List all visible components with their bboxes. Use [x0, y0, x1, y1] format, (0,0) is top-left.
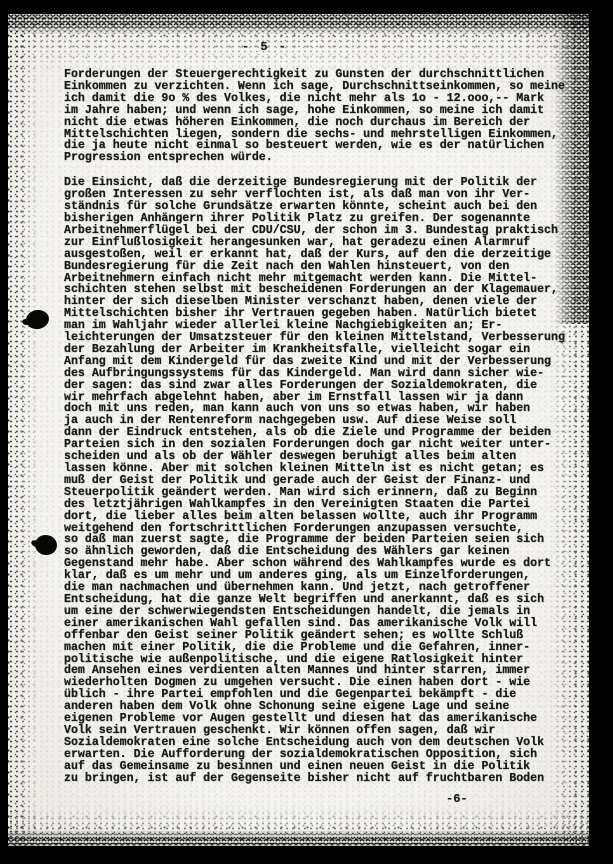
- scan-noise-bottom-band: [8, 806, 589, 846]
- document-body: Forderungen der Steuergerechtigkeit zu G…: [64, 69, 586, 784]
- document-page: - 5 - Forderungen der Steuergerechtigkei…: [8, 14, 589, 846]
- paragraph: Forderungen der Steuergerechtigkeit zu G…: [64, 69, 586, 164]
- scan-noise-bottom-edge: [8, 830, 589, 846]
- scanned-document: - 5 - Forderungen der Steuergerechtigkei…: [0, 0, 613, 864]
- paragraph: Die Einsicht, daß die derzeitige Bundesr…: [64, 177, 586, 784]
- hole-punch-mark: [25, 308, 51, 331]
- page-number-top: - 5 -: [242, 41, 288, 53]
- scan-noise-top-band: [8, 14, 589, 72]
- page-number-bottom: -6-: [446, 793, 468, 805]
- scan-noise-left-edge: [8, 14, 38, 846]
- scan-noise-top-edge: [8, 14, 589, 34]
- hole-punch-mark: [34, 534, 59, 557]
